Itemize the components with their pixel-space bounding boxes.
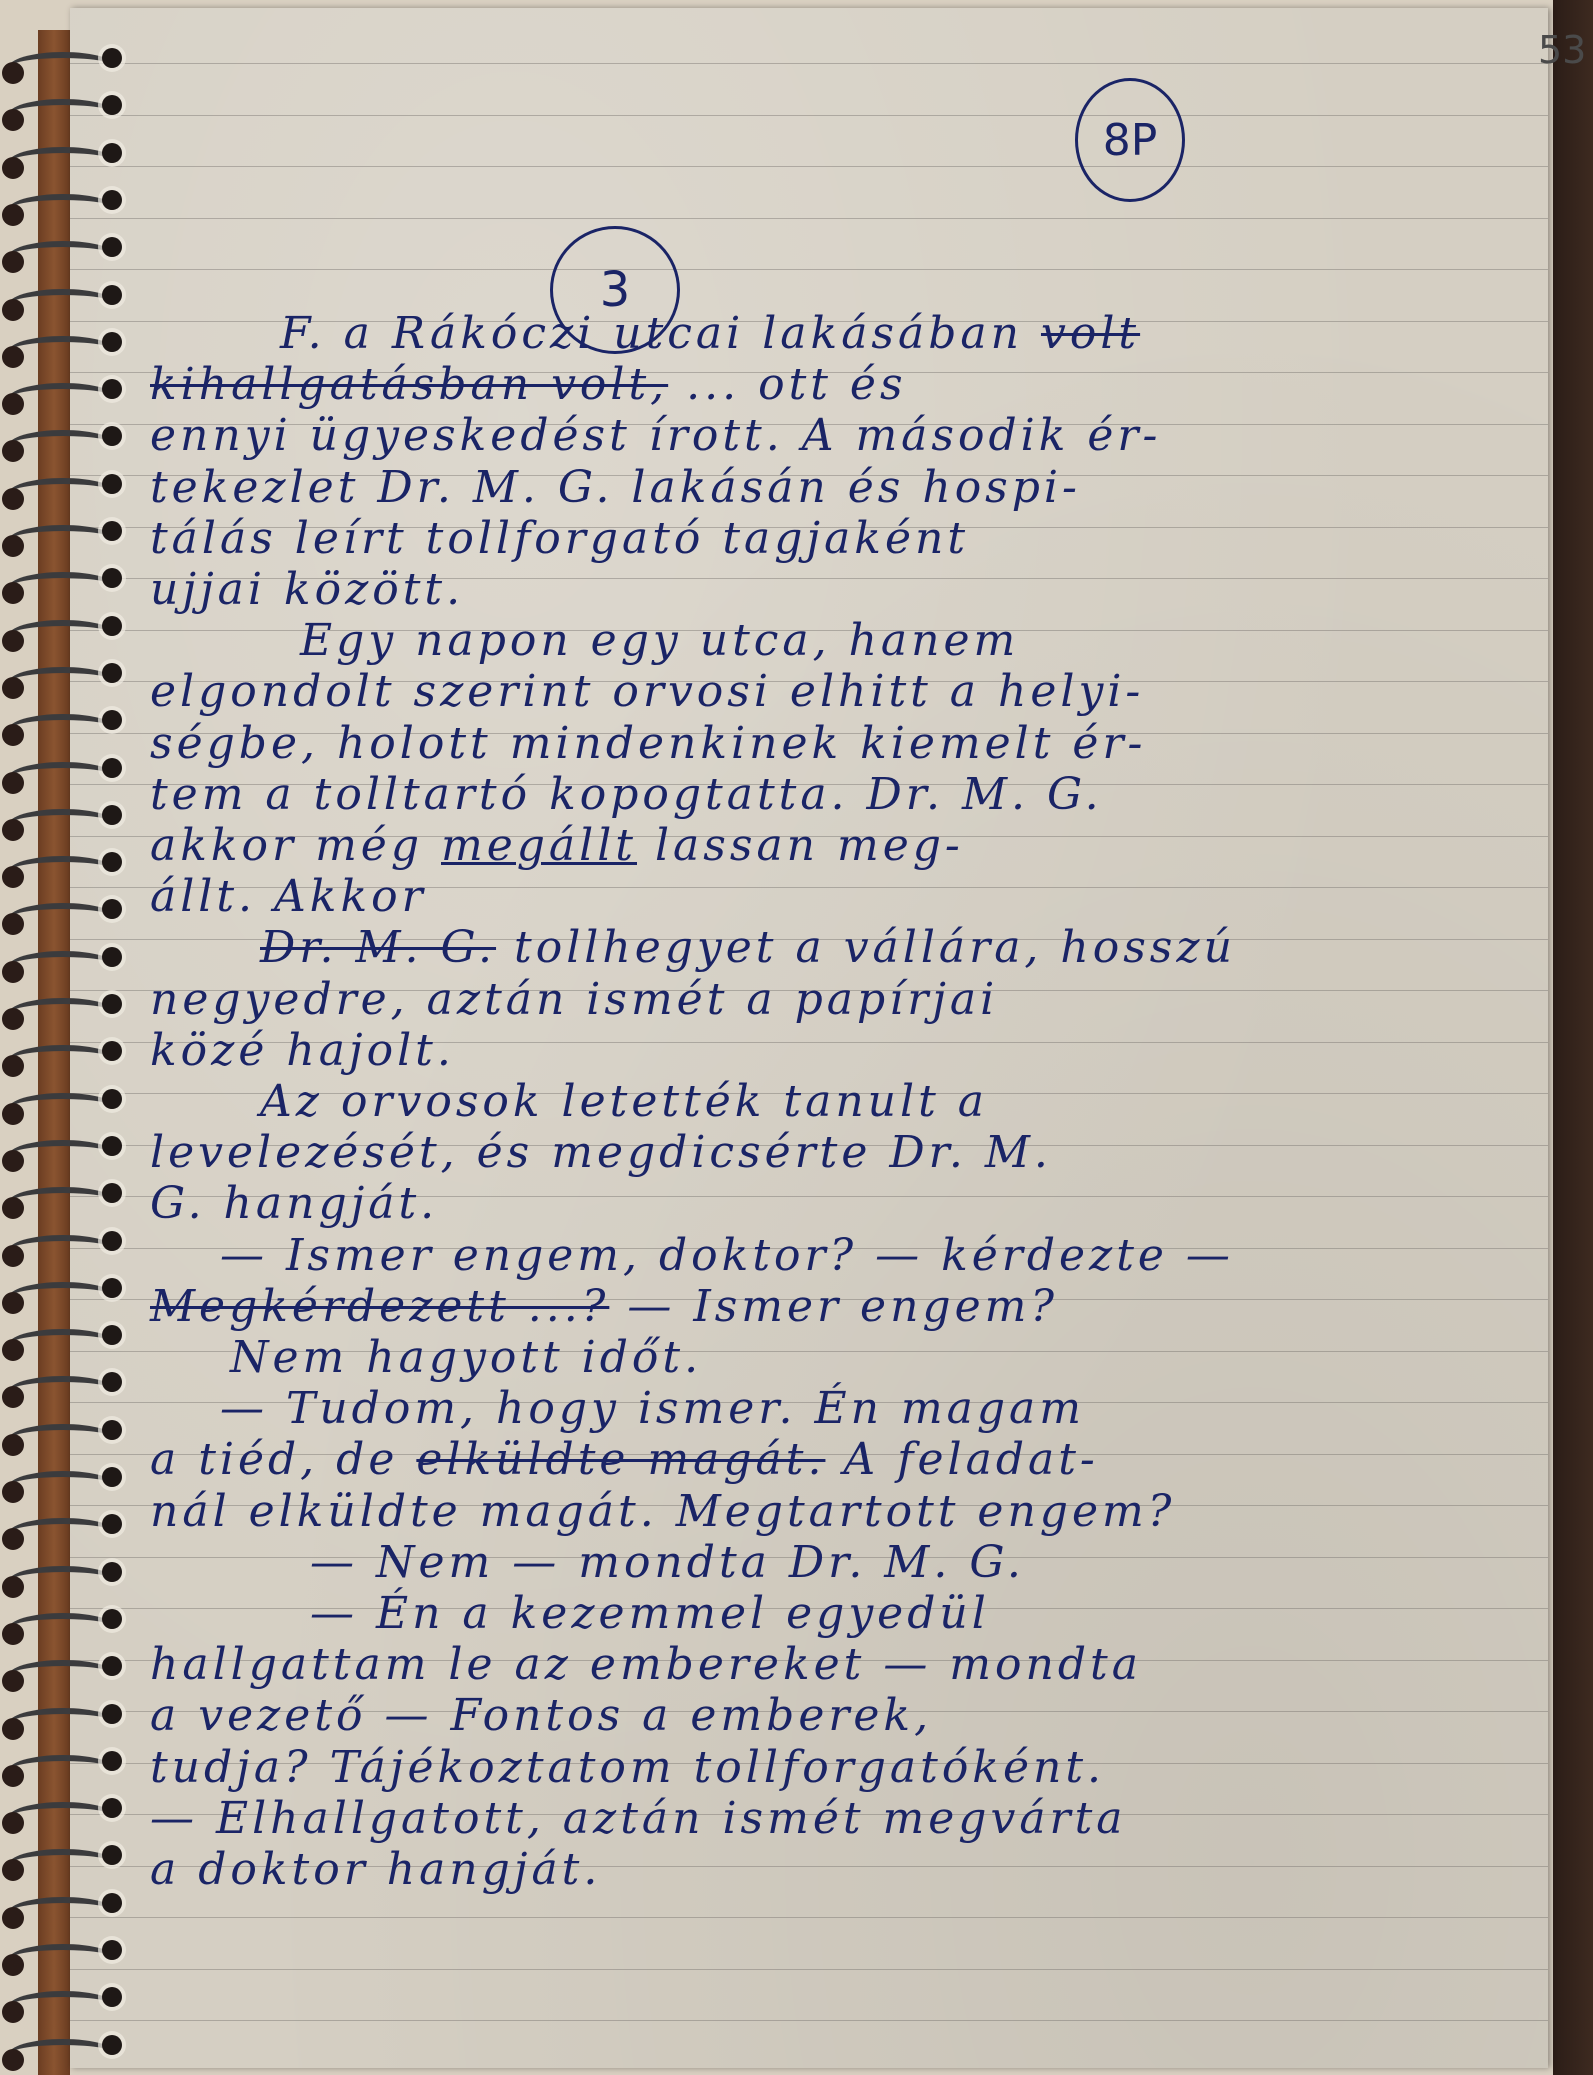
underlined-text: megállt [441, 820, 637, 871]
spiral-coil [8, 1376, 118, 1408]
spiral-coil [8, 194, 118, 226]
spiral-coil [8, 1093, 118, 1125]
spiral-binding [0, 0, 140, 2075]
spiral-coil [8, 951, 118, 983]
line-text: — Én a kezemmel egyedül [310, 1588, 990, 1639]
page-marker-text: 8P [1103, 115, 1158, 166]
handwritten-line: Az orvosok letették tanult a [260, 1076, 988, 1127]
handwritten-line: nál elküldte magát. Megtartott engem? [150, 1486, 1175, 1537]
ruled-line [70, 218, 1548, 219]
line-text: F. a Rákóczi utcai lakásában [280, 308, 1023, 359]
space [1023, 308, 1041, 359]
line-text: Az orvosok letették tanult a [260, 1076, 988, 1127]
spiral-coil [8, 1282, 118, 1314]
line-text: — Ismer engem, doktor? — kérdezte — [220, 1230, 1234, 1281]
line-text: — Tudom, hogy ismer. Én magam [220, 1383, 1085, 1434]
spiral-coil [8, 1708, 118, 1740]
handwritten-line: hallgattam le az embereket — mondta [150, 1639, 1142, 1690]
space [423, 820, 441, 871]
handwritten-line: közé hajolt. [150, 1025, 455, 1076]
line-text: ujjai között. [150, 564, 464, 615]
line-text: akkor még [150, 820, 423, 871]
line-text: negyedre, aztán ismét a papírjai [150, 974, 998, 1025]
line-text: tálás leírt tollforgató tagjaként [150, 513, 969, 564]
spiral-coil [8, 1566, 118, 1598]
handwritten-line: a doktor hangját. [150, 1844, 601, 1895]
spiral-coil [8, 1045, 118, 1077]
struck-text: elküldte magát. [416, 1434, 825, 1485]
ruled-line [70, 115, 1548, 116]
spiral-coil [8, 289, 118, 321]
spiral-coil [8, 147, 118, 179]
spiral-coil [8, 1613, 118, 1645]
struck-text: volt [1041, 308, 1140, 359]
line-suffix: lassan meg- [637, 820, 964, 871]
line-text: Nem hagyott időt. [230, 1332, 702, 1383]
line-text: tollhegyet a vállára, hosszú [514, 922, 1236, 973]
handwritten-line: — Nem — mondta Dr. M. G. [310, 1537, 1025, 1588]
line-suffix: ... ott és [668, 359, 906, 410]
handwritten-line: tekezlet Dr. M. G. lakásán és hospi- [150, 462, 1081, 513]
line-text: ennyi ügyeskedést írott. A második ér- [150, 410, 1161, 461]
handwritten-line: — Ismer engem, doktor? — kérdezte — [220, 1230, 1234, 1281]
ruled-line [70, 1969, 1548, 1970]
handwritten-line: Megkérdezett ...? — Ismer engem? [150, 1281, 1058, 1332]
table-background-edge [1553, 0, 1593, 2075]
handwritten-line: levelezését, és megdicsérte Dr. M. [150, 1127, 1052, 1178]
spiral-coil [8, 99, 118, 131]
handwritten-line: tem a tolltartó kopogtatta. Dr. M. G. [150, 769, 1103, 820]
spiral-coil [8, 1944, 118, 1976]
line-text: tekezlet Dr. M. G. lakásán és hospi- [150, 462, 1081, 513]
line-text: — Ismer engem? [627, 1281, 1058, 1332]
spiral-coil [8, 1518, 118, 1550]
spiral-coil [8, 809, 118, 841]
line-text: állt. Akkor [150, 871, 427, 922]
ruled-line [70, 1917, 1548, 1918]
handwritten-line: — Én a kezemmel egyedül [310, 1588, 990, 1639]
handwritten-line: ségbe, holott mindenkinek kiemelt ér- [150, 718, 1146, 769]
line-text: — Elhallgatott, aztán ismét megvárta [150, 1793, 1127, 1844]
spiral-coil [8, 1235, 118, 1267]
spiral-coil [8, 714, 118, 746]
spiral-coil [8, 336, 118, 368]
handwritten-line: akkor még megállt lassan meg- [150, 820, 964, 871]
spiral-coil [8, 241, 118, 273]
spiral-coil [8, 572, 118, 604]
handwritten-line: ujjai között. [150, 564, 464, 615]
pencil-page-number: 53 [1538, 28, 1586, 72]
line-text: elgondolt szerint orvosi elhitt a helyi- [150, 666, 1144, 717]
spiral-coil [8, 52, 118, 84]
spiral-coil [8, 856, 118, 888]
spiral-coil [8, 998, 118, 1030]
line-text: a doktor hangját. [150, 1844, 601, 1895]
space [609, 1281, 627, 1332]
line-text: hallgattam le az embereket — mondta [150, 1639, 1142, 1690]
notebook-page: 53 8P 3 F. a Rákóczi utcai lakásában vol… [70, 8, 1548, 2068]
handwritten-line: — Tudom, hogy ismer. Én magam [220, 1383, 1085, 1434]
handwritten-line: tálás leírt tollforgató tagjaként [150, 513, 969, 564]
line-text: tem a tolltartó kopogtatta. Dr. M. G. [150, 769, 1103, 820]
spiral-coil [8, 620, 118, 652]
handwritten-line: Dr. M. G. tollhegyet a vállára, hosszú [260, 922, 1236, 973]
circled-page-marker: 8P [1075, 78, 1185, 202]
line-text: Egy napon egy utca, hanem [300, 615, 1019, 666]
line-text: közé hajolt. [150, 1025, 455, 1076]
spiral-coil [8, 1187, 118, 1219]
handwritten-line: elgondolt szerint orvosi elhitt a helyi- [150, 666, 1144, 717]
space [398, 1434, 416, 1485]
struck-text: Dr. M. G. [260, 922, 496, 973]
line-text: a vezető — Fontos a emberek, [150, 1690, 932, 1741]
spiral-coil [8, 1849, 118, 1881]
handwritten-line: Nem hagyott időt. [230, 1332, 702, 1383]
line-text: levelezését, és megdicsérte Dr. M. [150, 1127, 1052, 1178]
spiral-coil [8, 1755, 118, 1787]
handwritten-line: kihallgatásban volt, ... ott és [150, 359, 907, 410]
spiral-coil [8, 383, 118, 415]
spiral-coil [8, 1424, 118, 1456]
spiral-coil [8, 1802, 118, 1834]
handwritten-line: a vezető — Fontos a emberek, [150, 1690, 932, 1741]
struck-text: kihallgatásban volt, [150, 359, 668, 410]
spiral-coil [8, 1660, 118, 1692]
spiral-coil [8, 762, 118, 794]
ruled-line [70, 2020, 1548, 2021]
ruled-line [70, 269, 1548, 270]
spiral-coil [8, 1329, 118, 1361]
ruled-line [70, 166, 1548, 167]
handwritten-line: Egy napon egy utca, hanem [300, 615, 1019, 666]
handwritten-line: tudja? Tájékoztatom tollforgatóként. [150, 1742, 1105, 1793]
spiral-coil [8, 2039, 118, 2071]
ruled-line [70, 63, 1548, 64]
handwritten-line: G. hangját. [150, 1178, 438, 1229]
struck-text: Megkérdezett ...? [150, 1281, 609, 1332]
handwritten-line: negyedre, aztán ismét a papírjai [150, 974, 998, 1025]
line-text: a tiéd, de [150, 1434, 398, 1485]
spiral-coil [8, 1897, 118, 1929]
handwritten-line: F. a Rákóczi utcai lakásában volt [280, 308, 1140, 359]
line-text: tudja? Tájékoztatom tollforgatóként. [150, 1742, 1105, 1793]
handwritten-line: ennyi ügyeskedést írott. A második ér- [150, 410, 1161, 461]
line-text: nál elküldte magát. Megtartott engem? [150, 1486, 1175, 1537]
line-text: ségbe, holott mindenkinek kiemelt ér- [150, 718, 1146, 769]
space [496, 922, 514, 973]
spiral-coil [8, 478, 118, 510]
spiral-coil [8, 1991, 118, 2023]
spiral-coil [8, 1471, 118, 1503]
handwritten-line: a tiéd, de elküldte magát. A feladat- [150, 1434, 1099, 1485]
line-text: G. hangját. [150, 1178, 438, 1229]
spiral-coil [8, 667, 118, 699]
spiral-coil [8, 430, 118, 462]
spiral-coil [8, 903, 118, 935]
handwritten-line: állt. Akkor [150, 871, 427, 922]
line-text: — Nem — mondta Dr. M. G. [310, 1537, 1025, 1588]
handwritten-line: — Elhallgatott, aztán ismét megvárta [150, 1793, 1127, 1844]
spiral-coil [8, 1140, 118, 1172]
spiral-coil [8, 525, 118, 557]
line-suffix: A feladat- [825, 1434, 1098, 1485]
